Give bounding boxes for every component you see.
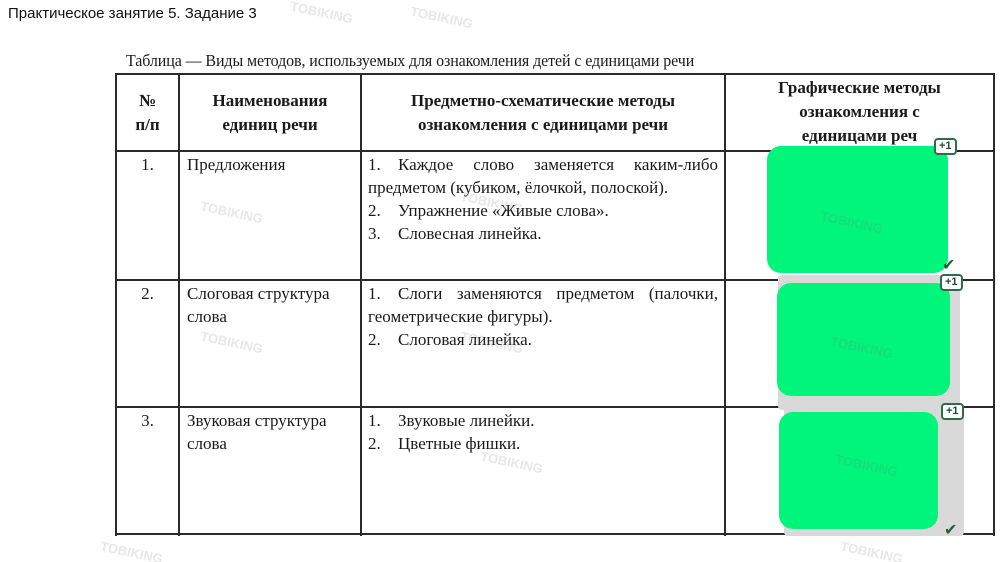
header-num-line: № bbox=[117, 89, 178, 113]
header-subject-methods: Предметно-схематические методы ознакомле… bbox=[362, 89, 724, 137]
method-text: Упражнение «Живые слова». bbox=[398, 199, 609, 222]
check-icon: ✔ bbox=[944, 520, 957, 539]
row-methods-list: 1.Звуковые линейки. 2.Цветные фишки. bbox=[368, 409, 718, 455]
row-unit: Слоговая структура слова bbox=[187, 282, 357, 328]
method-text: Словесная линейка. bbox=[398, 222, 542, 245]
header-graphic-line: Графические методы bbox=[726, 76, 993, 100]
col-divider bbox=[178, 73, 180, 536]
method-num: 2. bbox=[368, 199, 398, 222]
header-subject-line: Предметно-схематические методы bbox=[362, 89, 724, 113]
table-border-top bbox=[115, 73, 995, 75]
method-text: Цветные фишки. bbox=[398, 432, 520, 455]
header-subject-line: ознакомления с единицами речи bbox=[362, 113, 724, 137]
header-graphic-line: ознакомления с bbox=[726, 100, 993, 124]
header-unit-line: единиц речи bbox=[180, 113, 360, 137]
header-num: № п/п bbox=[117, 89, 178, 137]
row-num: 1. bbox=[117, 153, 178, 176]
method-text: Слоги заменяются предметом (палочки, гео… bbox=[368, 282, 718, 328]
method-text: Слоговая линейка. bbox=[398, 328, 532, 351]
hidden-answer-card-3[interactable] bbox=[779, 412, 938, 529]
method-item: 1.Слоги заменяются предметом (палочки, г… bbox=[368, 282, 718, 328]
watermark: TOBIKING bbox=[99, 539, 164, 562]
hidden-answer-card-2[interactable] bbox=[777, 283, 950, 396]
method-item: 3.Словесная линейка. bbox=[368, 222, 718, 245]
row-methods-list: 1.Каждое слово заменяется каким-либо пре… bbox=[368, 153, 718, 245]
watermark: TOBIKING bbox=[409, 4, 474, 32]
row-num: 2. bbox=[117, 282, 178, 305]
plus-one-badge[interactable]: +1 bbox=[940, 274, 963, 291]
method-num: 2. bbox=[368, 328, 398, 351]
header-unit: Наименования единиц речи bbox=[180, 89, 360, 137]
col-divider bbox=[360, 73, 362, 536]
watermark: TOBIKING bbox=[289, 0, 354, 26]
row-methods-list: 1.Слоги заменяются предметом (палочки, г… bbox=[368, 282, 718, 351]
method-num: 1. bbox=[368, 409, 398, 432]
row-unit: Звуковая структура слова bbox=[187, 409, 357, 455]
table-caption: Таблица — Виды методов, используемых для… bbox=[126, 51, 694, 71]
method-item: 2.Слоговая линейка. bbox=[368, 328, 718, 351]
hidden-answer-card-1[interactable] bbox=[767, 146, 948, 273]
check-icon: ✔ bbox=[942, 255, 955, 274]
method-item: 2.Упражнение «Живые слова». bbox=[368, 199, 718, 222]
method-item: 2.Цветные фишки. bbox=[368, 432, 718, 455]
method-num: 2. bbox=[368, 432, 398, 455]
page-heading: Практическое занятие 5. Задание 3 bbox=[8, 5, 257, 22]
header-num-line: п/п bbox=[117, 113, 178, 137]
row-unit: Предложения bbox=[187, 153, 357, 176]
method-item: 1.Каждое слово заменяется каким-либо пре… bbox=[368, 153, 718, 199]
plus-one-badge[interactable]: +1 bbox=[941, 403, 964, 420]
col-divider bbox=[993, 73, 995, 536]
method-text: Звуковые линейки. bbox=[398, 409, 535, 432]
method-item: 1.Звуковые линейки. bbox=[368, 409, 718, 432]
method-num: 3. bbox=[368, 222, 398, 245]
row-num: 3. bbox=[117, 409, 178, 432]
watermark: TOBIKING bbox=[839, 539, 904, 562]
header-unit-line: Наименования bbox=[180, 89, 360, 113]
method-text: Каждое слово заменяется каким-либо предм… bbox=[368, 153, 718, 199]
plus-one-badge[interactable]: +1 bbox=[934, 138, 957, 155]
